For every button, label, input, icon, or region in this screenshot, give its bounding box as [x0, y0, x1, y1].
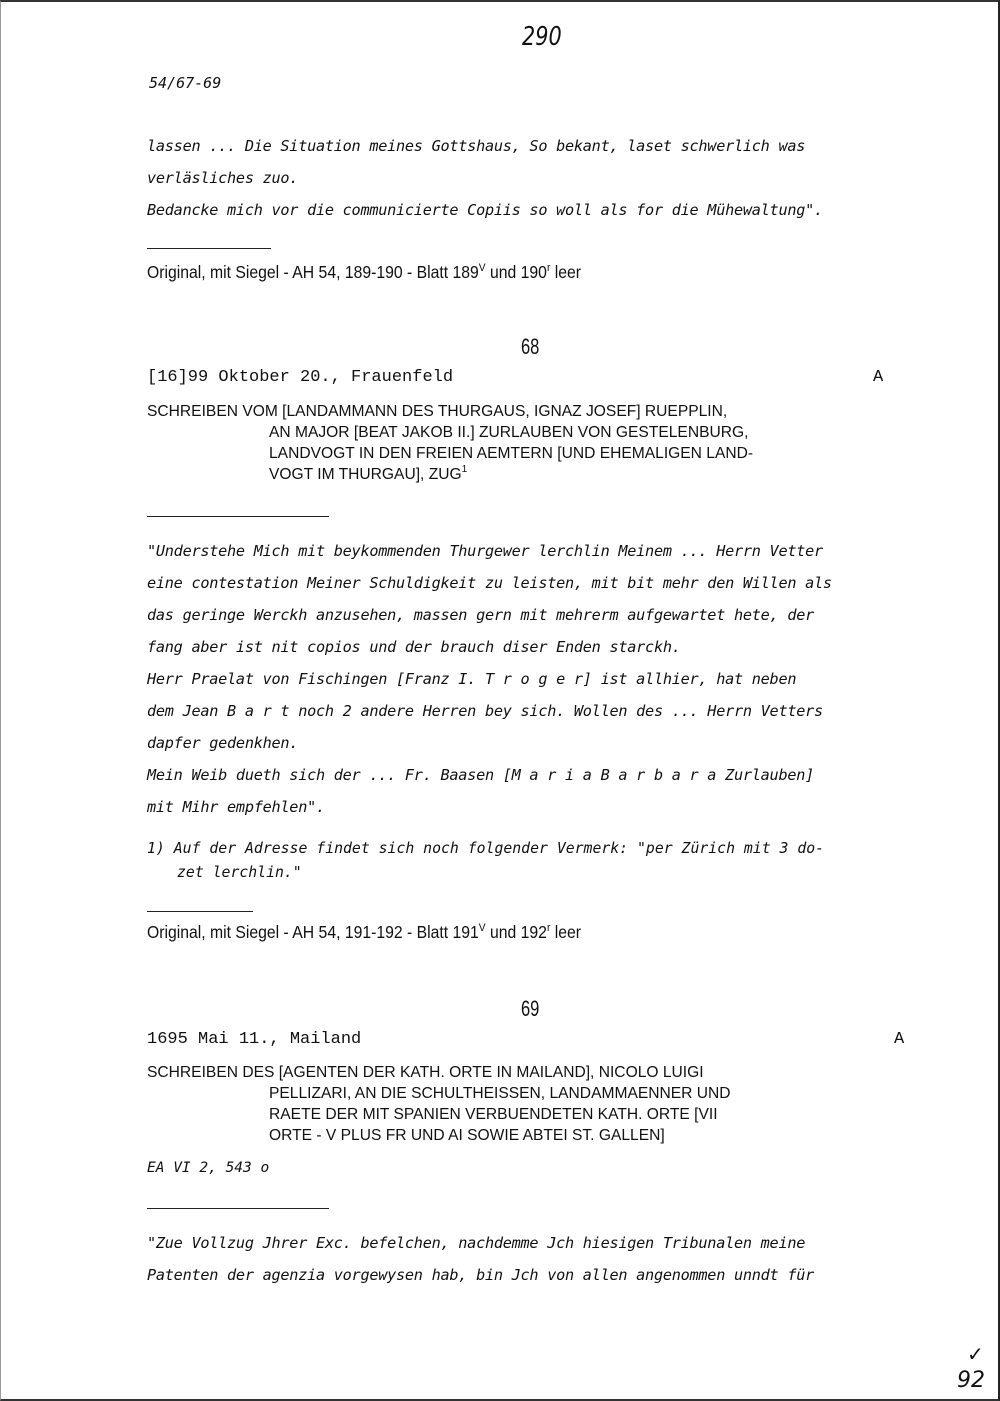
quote-line: "Understehe Mich mit beykommenden Thurge…: [147, 542, 823, 560]
entry-date-place: [16]99 Oktober 20., Frauenfeld: [147, 368, 453, 387]
source-citation: Original, mit Siegel - AH 54, 191-192 - …: [147, 922, 581, 943]
document-reference: 54/67-69: [149, 74, 221, 92]
continued-quote-line: verläsliches zuo.: [147, 169, 298, 187]
quote-line: Herr Praelat von Fischingen [Franz I. T …: [147, 670, 796, 688]
entry-marker: A: [894, 1030, 904, 1049]
continued-quote-line: Bedancke mich vor die communicierte Copi…: [147, 201, 823, 219]
entry-title-line: PELLIZARI, AN DIE SCHULTHEISSEN, LANDAMM…: [269, 1084, 731, 1104]
divider-rule: [147, 1208, 329, 1209]
divider-rule: [147, 516, 329, 517]
entry-title-line: LANDVOGT IN DEN FREIEN AEMTERN [UND EHEM…: [269, 444, 753, 464]
handwritten-sheet-number: 92: [957, 1368, 985, 1393]
footnote-ref: 1: [462, 464, 468, 475]
entry-date-place: 1695 Mai 11., Mailand: [147, 1030, 361, 1049]
entry-title-line: VOGT IM THURGAU], ZUG1: [269, 465, 467, 485]
quote-line: eine contestation Meiner Schuldigkeit zu…: [147, 574, 832, 592]
footnote-continuation: zet lerchlin.": [177, 864, 302, 881]
entry-marker: A: [873, 368, 883, 387]
quote-line: das geringe Werckh anzusehen, massen ger…: [147, 606, 814, 624]
document-page: 290 54/67-69 lassen ... Die Situation me…: [0, 0, 1000, 1401]
entry-number: 68: [521, 334, 539, 360]
quote-line: dem Jean B a r t noch 2 andere Herren be…: [147, 702, 823, 720]
entry-title-line: ORTE - V PLUS FR UND AI SOWIE ABTEI ST. …: [269, 1126, 665, 1146]
quote-line: Mein Weib dueth sich der ... Fr. Baasen …: [147, 766, 814, 784]
handwritten-page-number: 290: [522, 22, 562, 52]
footnote: 1) Auf der Adresse findet sich noch folg…: [147, 840, 824, 857]
entry-title-line: RAETE DER MIT SPANIEN VERBUENDETEN KATH.…: [269, 1105, 718, 1125]
entry-number: 69: [521, 996, 539, 1022]
quote-line: fang aber ist nit copios und der brauch …: [147, 638, 681, 656]
edition-reference: EA VI 2, 543 o: [147, 1160, 269, 1176]
handwritten-check-mark: ✓: [967, 1342, 984, 1366]
quote-line: "Zue Vollzug Jhrer Exc. befelchen, nachd…: [147, 1234, 805, 1252]
quote-line: dapfer gedenkhen.: [147, 734, 298, 752]
divider-rule: [147, 911, 253, 912]
entry-title-first-line: SCHREIBEN VOM [LANDAMMANN DES THURGAUS, …: [147, 402, 727, 422]
divider-rule: [147, 248, 271, 249]
source-citation: Original, mit Siegel - AH 54, 189-190 - …: [147, 262, 581, 283]
entry-title-first-line: SCHREIBEN DES [AGENTEN DER KATH. ORTE IN…: [147, 1063, 704, 1083]
quote-line: mit Mihr empfehlen".: [147, 798, 325, 816]
entry-title-line: AN MAJOR [BEAT JAKOB II.] ZURLAUBEN VON …: [269, 423, 748, 443]
continued-quote-line: lassen ... Die Situation meines Gottshau…: [147, 137, 805, 155]
quote-line: Patenten der agenzia vorgewysen hab, bin…: [147, 1266, 814, 1284]
